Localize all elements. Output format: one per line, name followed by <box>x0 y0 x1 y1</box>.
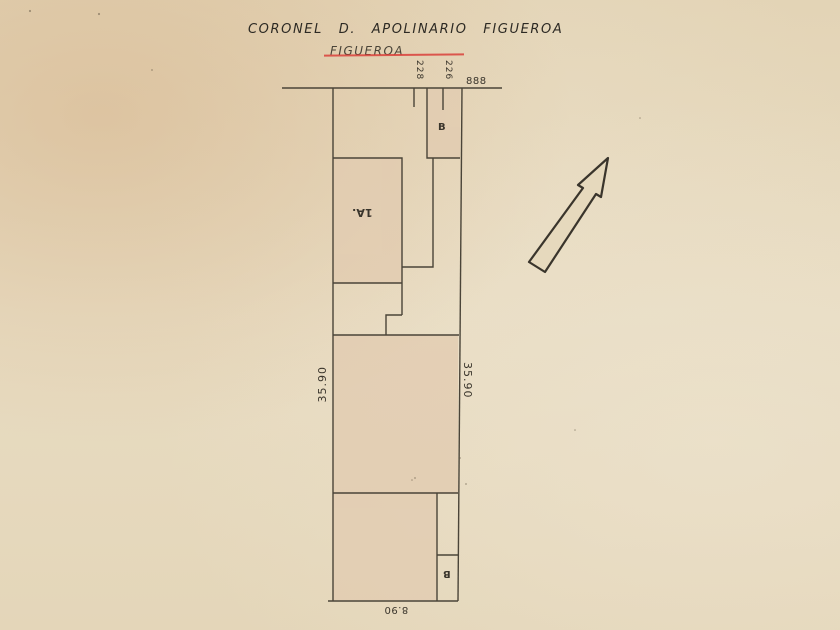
corridor-wall <box>402 158 433 267</box>
rear-room-fill <box>333 493 437 600</box>
step-wall <box>386 315 402 335</box>
room-fills <box>333 88 460 600</box>
room-label-1a: 1A. <box>352 206 373 219</box>
north-arrow-icon <box>529 158 608 272</box>
room-label-b-front: B <box>438 122 446 133</box>
dimension-left-side: 35.90 <box>316 366 329 403</box>
lot-right-boundary <box>458 88 462 601</box>
lot-number-226: 226 <box>443 60 453 80</box>
dimension-right-side: 35.90 <box>461 362 474 399</box>
dimension-rear-side: 8.90 <box>384 604 408 615</box>
main-room-fill <box>333 335 458 493</box>
floor-plan-drawing <box>0 0 840 630</box>
room-label-b-rear: B <box>443 568 451 579</box>
room-1a-fill <box>333 158 402 283</box>
lot-number-228: 228 <box>414 60 424 80</box>
site-plan-document: CORONEL D. APOLINARIO FIGUEROA FIGUEROA <box>0 0 840 630</box>
lot-number-888: 888 <box>466 76 487 87</box>
